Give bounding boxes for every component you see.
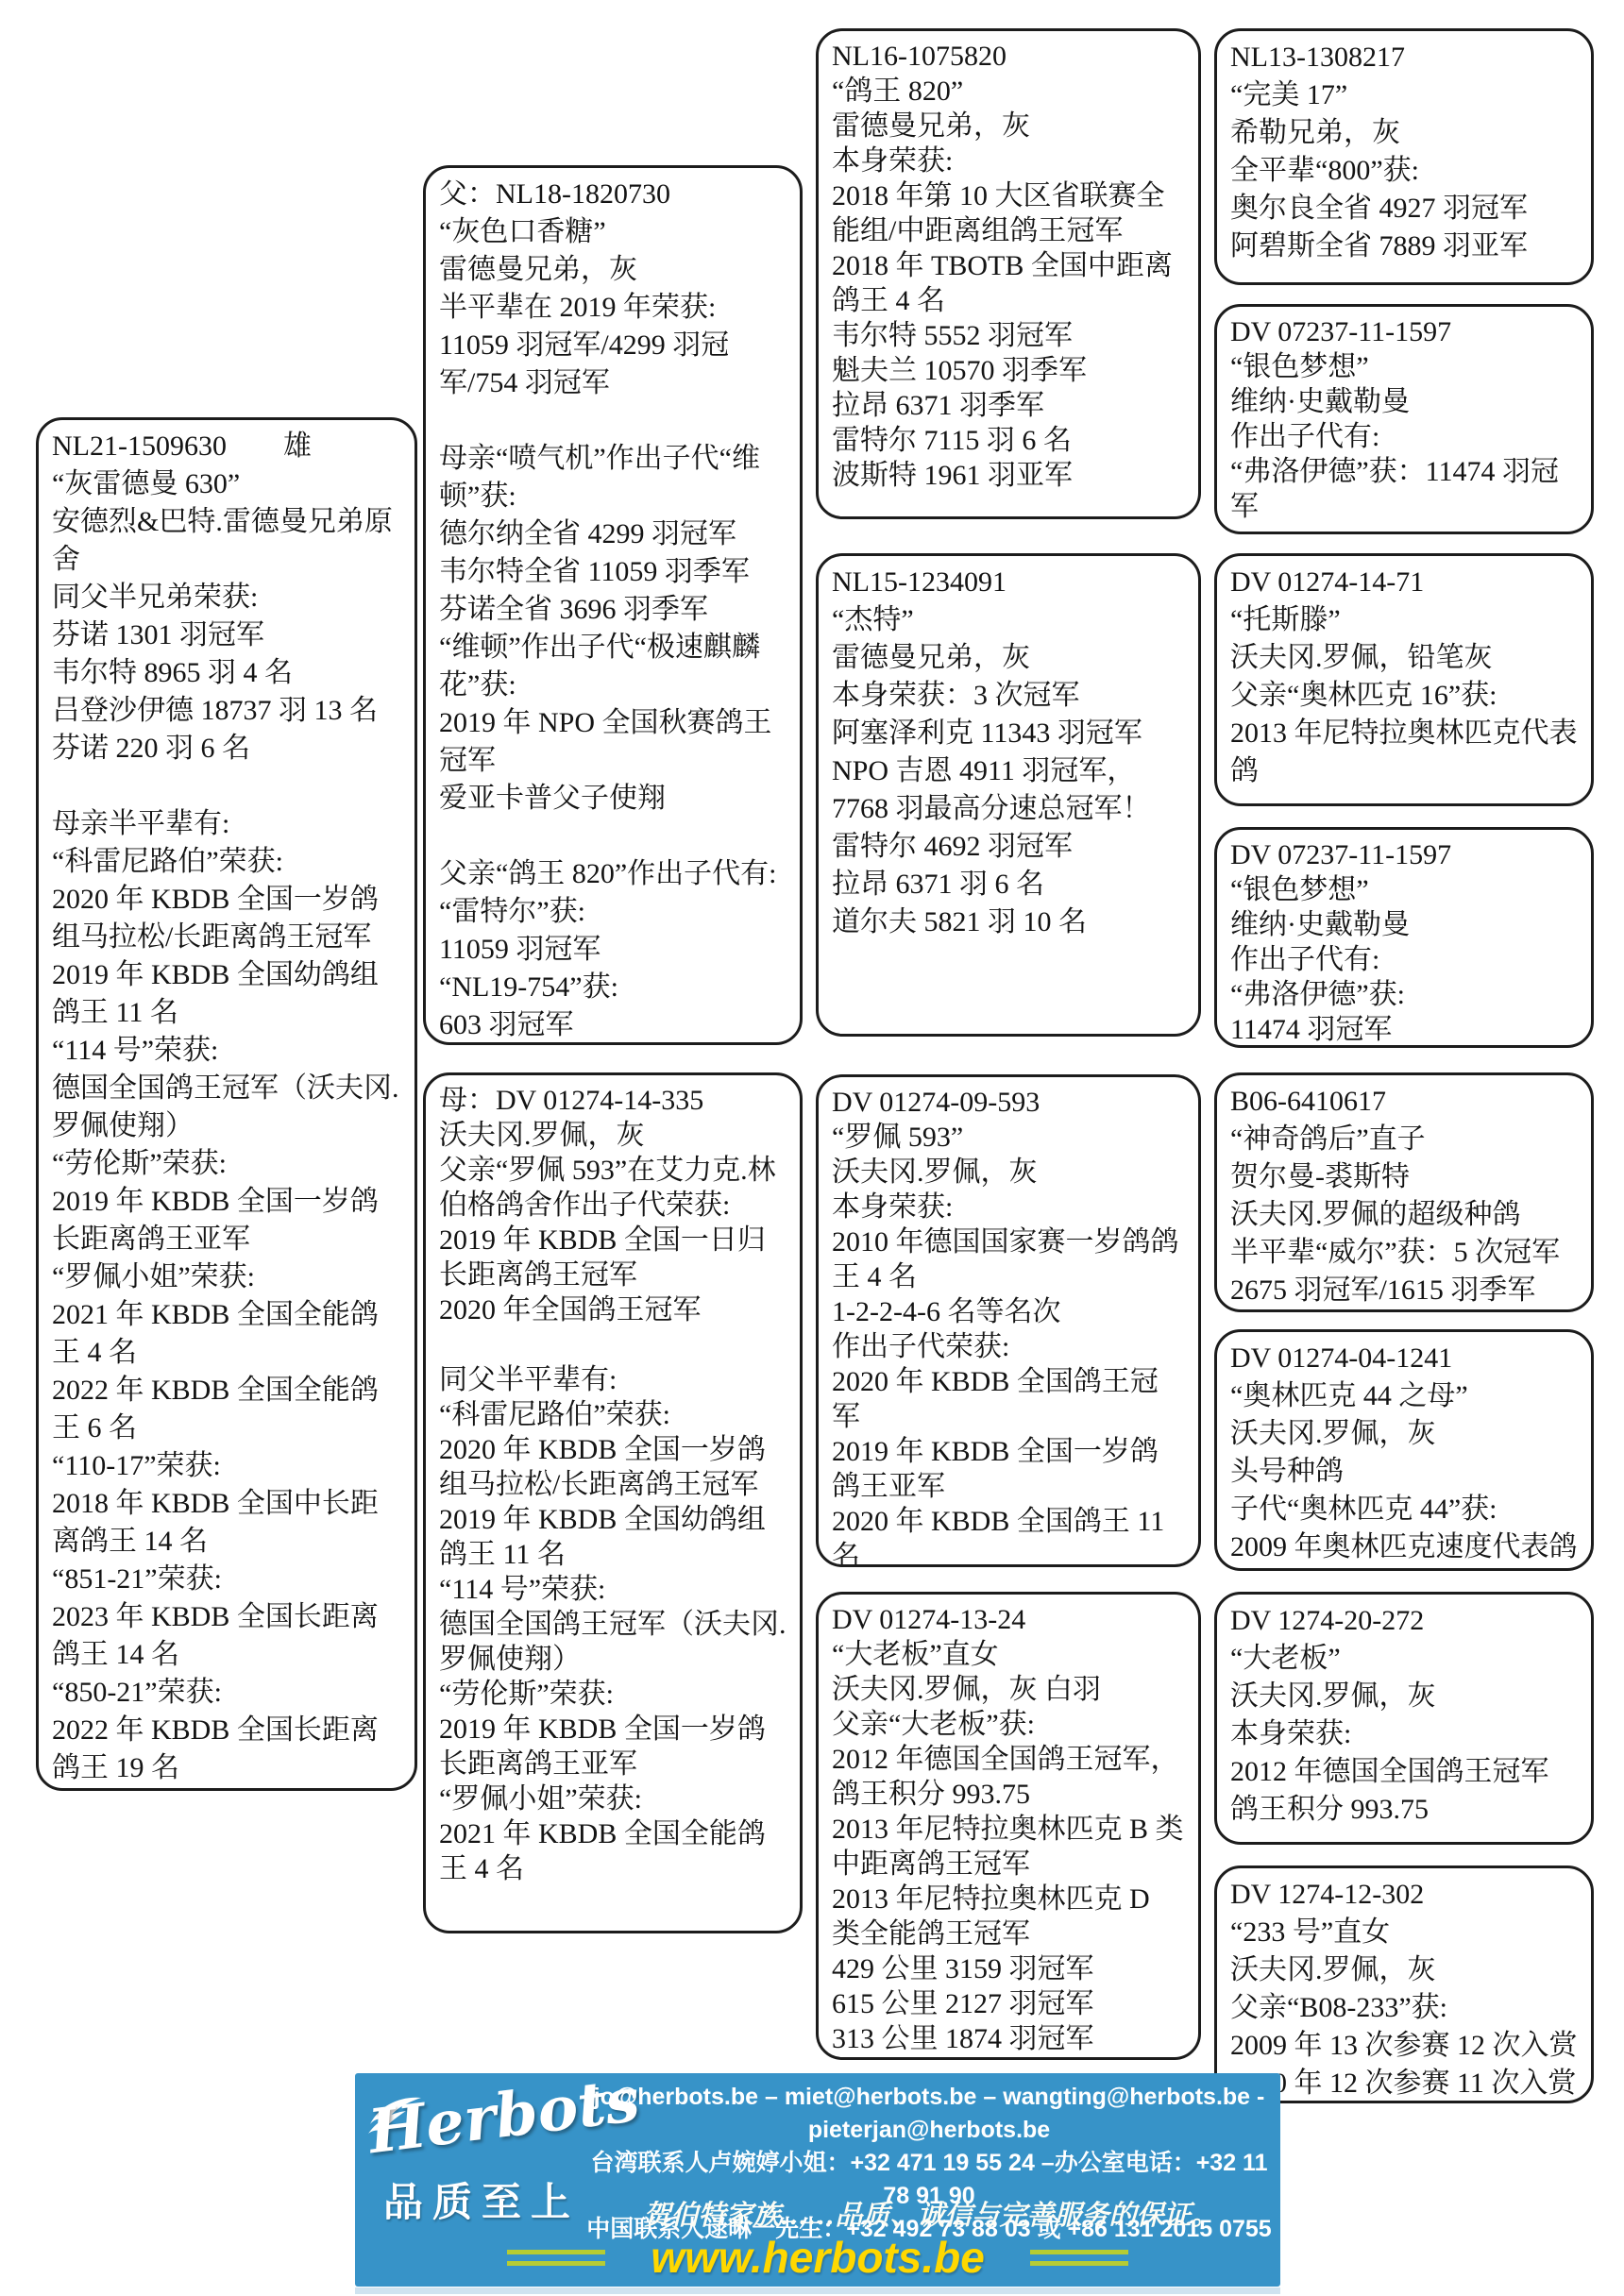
- text-line: 603 羽冠军: [439, 1006, 787, 1044]
- text-line: 父：NL18-1820730: [439, 176, 787, 213]
- text-line: 沃夫冈.罗佩的超级种鸽: [1230, 1196, 1578, 1234]
- text-line: 雷特尔 4692 羽冠军: [832, 828, 1185, 866]
- text-line: 615 公里 2127 羽冠军: [832, 1986, 1185, 2021]
- great-grandparent-box-5: B06-6410617“神奇鸽后”直子贺尔曼-裘斯特沃夫冈.罗佩的超级种鸽半平辈…: [1214, 1072, 1594, 1312]
- text-line: 2020 年全国鸽王冠军: [439, 1292, 787, 1327]
- text-line: “大老板”直女: [832, 1637, 1185, 1672]
- text-line: 2013 年尼特拉奥林匹克 B 类中距离鸽王冠军: [832, 1812, 1185, 1882]
- text-line: 1-2-2-4-6 名等名次: [832, 1294, 1185, 1329]
- herbots-logo: Herbots 品质至上: [368, 2086, 595, 2228]
- text-line: 同父半平辈有:: [439, 1362, 787, 1397]
- text-line: 雷特尔 7115 羽 6 名: [832, 423, 1185, 458]
- text-line: 奥尔良全省 4927 羽冠军: [1230, 190, 1578, 228]
- website-row: www.herbots.be: [355, 2232, 1280, 2283]
- text-line: “罗佩 593”: [832, 1120, 1185, 1155]
- text-line: DV 01274-13-24: [832, 1602, 1185, 1637]
- text-line: 11059 羽冠军/4299 羽冠军/754 羽冠军: [439, 327, 787, 402]
- text-line: 2020 年 KBDB 全国一岁鸽组马拉松/长距离鸽王冠军: [52, 881, 401, 956]
- text-line: 芬诺 220 羽 6 名: [52, 730, 401, 768]
- text-line: 2012 年德国全国鸽王冠军，鸽王积分 993.75: [832, 1742, 1185, 1812]
- text-line: 2675 羽冠军/1615 羽季军: [1230, 1272, 1578, 1309]
- text-line: 2018 年 KBDB 全国中长距离鸽王 14 名: [52, 1485, 401, 1561]
- text-line: 半平辈“威尔”获：5 次冠军: [1230, 1234, 1578, 1272]
- text-line: 沃夫冈.罗佩，灰: [832, 1155, 1185, 1190]
- text-line: 2018 年 TBOTB 全国中距离鸽王 4 名: [832, 248, 1185, 318]
- text-line: NL15-1234091: [832, 564, 1185, 601]
- text-line: “托斯滕”: [1230, 601, 1578, 639]
- text-line: 同父半兄弟荣获:: [52, 579, 401, 616]
- text-line: 2022 年 KBDB 全国长距离鸽王 19 名: [52, 1712, 401, 1787]
- maternal-grandfather-box: DV 01274-09-593“罗佩 593”沃夫冈.罗佩，灰本身荣获:2010…: [816, 1074, 1201, 1567]
- text-line: NPO 吉恩 4911 羽冠军，7768 羽最高分速总冠军！: [832, 752, 1185, 828]
- text-line: [439, 402, 787, 440]
- text-line: 父亲“罗佩 593”在艾力克.林伯格鸽舍作出子代荣获:: [439, 1153, 787, 1223]
- website-url: www.herbots.be: [651, 2232, 985, 2283]
- text-line: DV 1274-12-302: [1230, 1876, 1578, 1914]
- text-line: 2019 年 KBDB 全国幼鸽组鸽王 11 名: [52, 956, 401, 1032]
- text-line: 母亲“喷气机”作出子代“维顿”获:: [439, 440, 787, 515]
- text-line: 芬诺全省 3696 羽季军: [439, 591, 787, 629]
- great-grandparent-box-2: DV 07237-11-1597“银色梦想”维纳·史戴勒曼作出子代有:“弗洛伊德…: [1214, 304, 1594, 534]
- text-line: DV 01274-04-1241: [1230, 1340, 1578, 1377]
- text-line: 作出子代荣获:: [832, 1329, 1185, 1364]
- logo-tagline: 品质至上: [368, 2171, 595, 2228]
- great-grandparent-box-3: DV 01274-14-71“托斯滕”沃夫冈.罗佩，铅笔灰父亲“奥林匹克 16”…: [1214, 553, 1594, 806]
- text-line: 希勒兄弟，灰: [1230, 114, 1578, 152]
- text-line: 11059 羽冠军: [439, 931, 787, 969]
- text-line: 沃夫冈.罗佩，灰: [1230, 1415, 1578, 1453]
- great-grandparent-box-7: DV 1274-20-272“大老板”沃夫冈.罗佩，灰本身荣获:2012 年德国…: [1214, 1592, 1594, 1845]
- text-line: 母亲半平辈有:: [52, 805, 401, 843]
- great-grandparent-box-6: DV 01274-04-1241“奥林匹克 44 之母”沃夫冈.罗佩，灰头号种鸽…: [1214, 1329, 1594, 1571]
- text-line: 2009 年奥林匹克速度代表鸽: [1230, 1528, 1578, 1566]
- text-line: 波斯特 1961 羽亚军: [832, 458, 1185, 493]
- text-line: 2019 年 KBDB 全国一岁鸽鸽王亚军: [832, 1434, 1185, 1504]
- text-line: 2019 年 KBDB 全国幼鸽组鸽王 11 名: [439, 1502, 787, 1572]
- text-line: “劳伦斯”荣获:: [439, 1677, 787, 1712]
- text-line: “850-21”荣获:: [52, 1674, 401, 1712]
- text-line: 2009 年 13 次参赛 12 次入赏: [1230, 2027, 1578, 2065]
- text-line: 2019 年 KBDB 全国一岁鸽长距离鸽王亚军: [439, 1712, 787, 1781]
- text-line: “233 号”直女: [1230, 1914, 1578, 1951]
- text-line: “灰雷德曼 630”: [52, 465, 401, 503]
- text-line: 芬诺 1301 羽冠军: [52, 616, 401, 654]
- text-line: 2022 年 KBDB 全国全能鸽王 6 名: [52, 1372, 401, 1447]
- text-line: NL13-1308217: [1230, 39, 1578, 76]
- text-line: 2013 年尼特拉奥林匹克代表鸽: [1230, 715, 1578, 790]
- text-line: 2018 年第 10 大区省联赛全能组/中距离组鸽王冠军: [832, 178, 1185, 248]
- text-line: 韦尔特全省 11059 羽季军: [439, 553, 787, 591]
- text-line: “完美 17”: [1230, 76, 1578, 114]
- text-line: 爱亚卡普父子使翔: [439, 780, 787, 818]
- text-line: 全平辈“800”获:: [1230, 152, 1578, 190]
- text-line: 头号种鸽: [1230, 1453, 1578, 1491]
- text-line: B06-6410617: [1230, 1083, 1578, 1121]
- great-grandparent-box-1: NL13-1308217“完美 17”希勒兄弟，灰全平辈“800”获:奥尔良全省…: [1214, 28, 1594, 285]
- double-line-right: [1030, 2250, 1128, 2266]
- text-line: 雷德曼兄弟，灰: [832, 639, 1185, 677]
- text-line: 沃夫冈.罗佩，灰: [1230, 1951, 1578, 1989]
- text-line: DV 01274-09-593: [832, 1085, 1185, 1120]
- text-line: 德国全国鸽王冠军（沃夫冈.罗佩使翔）: [439, 1607, 787, 1677]
- text-line: 2019 年 NPO 全国秋赛鸽王冠军: [439, 704, 787, 780]
- text-line: “维顿”作出子代“极速麒麟花”获:: [439, 629, 787, 704]
- mother-box: 母：DV 01274-14-335沃夫冈.罗佩，灰父亲“罗佩 593”在艾力克.…: [423, 1072, 803, 1933]
- text-line: [52, 768, 401, 805]
- contact-emails: jo@herbots.be – miet@herbots.be – wangti…: [582, 2081, 1277, 2147]
- text-line: 阿碧斯全省 7889 羽亚军: [1230, 228, 1578, 265]
- subject-pigeon-box: NL21-1509630 雄“灰雷德曼 630”安德烈&巴特.雷德曼兄弟原舍同父…: [36, 417, 417, 1791]
- great-grandparent-box-8: DV 1274-12-302“233 号”直女沃夫冈.罗佩，灰父亲“B08-23…: [1214, 1865, 1594, 2103]
- text-line: “神奇鸽后”直子: [1230, 1121, 1578, 1158]
- text-line: “NL19-754”获:: [439, 969, 787, 1006]
- text-line: 拉昂 6371 羽季军: [832, 388, 1185, 423]
- text-line: 本身荣获:: [832, 143, 1185, 178]
- text-line: 父亲“大老板”获:: [832, 1707, 1185, 1742]
- text-line: 维纳·史戴勒曼: [1230, 907, 1578, 942]
- text-line: “罗佩小姐”荣获:: [439, 1781, 787, 1816]
- father-box: 父：NL18-1820730“灰色口香糖”雷德曼兄弟，灰半平辈在 2019 年荣…: [423, 165, 803, 1045]
- text-line: 沃夫冈.罗佩，灰: [1230, 1678, 1578, 1715]
- text-line: “110-17”荣获:: [52, 1447, 401, 1485]
- text-line: 母：DV 01274-14-335: [439, 1083, 787, 1118]
- text-line: 道尔夫 5821 羽 10 名: [832, 903, 1185, 941]
- text-line: “奥林匹克 44 之母”: [1230, 1377, 1578, 1415]
- text-line: 本身荣获:: [832, 1190, 1185, 1224]
- text-line: 2013 年尼特拉奥林匹克 D 类全能鸽王冠军: [832, 1882, 1185, 1951]
- text-line: 2012 年德国全国鸽王冠军: [1230, 1753, 1578, 1791]
- text-line: 本身荣获:: [1230, 1715, 1578, 1753]
- text-line: 维纳·史戴勒曼: [1230, 384, 1578, 419]
- text-line: “罗佩小姐”荣获:: [52, 1258, 401, 1296]
- text-line: “851-21”荣获:: [52, 1561, 401, 1598]
- text-line: “雷特尔”获:: [439, 893, 787, 931]
- text-line: “科雷尼路伯”荣获:: [52, 843, 401, 881]
- text-line: 德尔纳全省 4299 羽冠军: [439, 515, 787, 553]
- herbots-banner: Herbots 品质至上 jo@herbots.be – miet@herbot…: [355, 2073, 1280, 2287]
- text-line: 父亲“奥林匹克 16”获:: [1230, 677, 1578, 715]
- text-line: 2021 年 KBDB 全国全能鸽王 4 名: [439, 1816, 787, 1886]
- banner-bottom-strip: [355, 2288, 1280, 2294]
- text-line: “银色梦想”: [1230, 349, 1578, 384]
- text-line: “大老板”: [1230, 1640, 1578, 1678]
- great-grandparent-box-4: DV 07237-11-1597“银色梦想”维纳·史戴勒曼作出子代有:“弗洛伊德…: [1214, 827, 1594, 1048]
- text-line: DV 01274-14-71: [1230, 564, 1578, 601]
- text-line: “劳伦斯”荣获:: [52, 1145, 401, 1183]
- text-line: 2019 年 KBDB 全国一日归长距离鸽王冠军: [439, 1223, 787, 1292]
- text-line: DV 1274-20-272: [1230, 1602, 1578, 1640]
- banner-slogan: 贺伯特家族……品质、诚信与完善服务的保证。: [591, 2194, 1271, 2233]
- text-line: 父亲“鸽王 820”作出子代有:: [439, 855, 787, 893]
- text-line: 2021 年 KBDB 全国全能鸽王 4 名: [52, 1296, 401, 1372]
- text-line: NL21-1509630 雄: [52, 428, 401, 465]
- text-line: 313 公里 1874 羽冠军: [832, 2021, 1185, 2056]
- text-line: 本身荣获：3 次冠军: [832, 677, 1185, 715]
- text-line: 2010 年 12 次参赛 11 次入赏: [1230, 2065, 1578, 2102]
- text-line: DV 07237-11-1597: [1230, 837, 1578, 872]
- text-line: 2020 年 KBDB 全国鸽王冠军: [832, 1364, 1185, 1434]
- text-line: 作出子代有:: [1230, 419, 1578, 454]
- text-line: “银色梦想”: [1230, 872, 1578, 907]
- text-line: 2023 年 KBDB 全国长距离鸽王 14 名: [52, 1598, 401, 1674]
- text-line: DV 07237-11-1597: [1230, 314, 1578, 349]
- text-line: 雷德曼兄弟，灰: [439, 251, 787, 289]
- text-line: 父亲“B08-233”获:: [1230, 1989, 1578, 2027]
- text-line: 429 公里 3159 羽冠军: [832, 1951, 1185, 1986]
- double-line-left: [507, 2250, 605, 2266]
- text-line: 安德烈&巴特.雷德曼兄弟原舍: [52, 503, 401, 579]
- text-line: “114 号”荣获:: [439, 1572, 787, 1607]
- text-line: 半平辈在 2019 年荣获:: [439, 289, 787, 327]
- text-line: 沃夫冈.罗佩，灰 白羽: [832, 1672, 1185, 1707]
- text-line: “科雷尼路伯”荣获:: [439, 1397, 787, 1432]
- grandmother-box: NL15-1234091“杰特”雷德曼兄弟，灰本身荣获：3 次冠军阿塞泽利克 1…: [816, 553, 1201, 1037]
- text-line: “弗洛伊德”获:: [1230, 977, 1578, 1012]
- text-line: “灰色口香糖”: [439, 213, 787, 251]
- text-line: 2010 年德国国家赛一岁鸽鸽王 4 名: [832, 1224, 1185, 1294]
- text-line: 11474 羽冠军: [1230, 1012, 1578, 1047]
- text-line: 2020 年 KBDB 全国一岁鸽组马拉松/长距离鸽王冠军: [439, 1432, 787, 1502]
- text-line: “鸽王 820”: [832, 74, 1185, 109]
- text-line: 子代“奥林匹克 44”获:: [1230, 1491, 1578, 1528]
- text-line: “114 号”荣获:: [52, 1032, 401, 1070]
- text-line: [439, 1327, 787, 1362]
- text-line: [439, 818, 787, 855]
- pedigree-page: NL21-1509630 雄“灰雷德曼 630”安德烈&巴特.雷德曼兄弟原舍同父…: [0, 0, 1624, 2296]
- text-line: 韦尔特 5552 羽冠军: [832, 318, 1185, 353]
- text-line: 2020 年 KBDB 全国鸽王 11 名: [832, 1504, 1185, 1567]
- text-line: “弗洛伊德”获：11474 羽冠军: [1230, 454, 1578, 524]
- text-line: 2019 年 KBDB 全国一岁鸽长距离鸽王亚军: [52, 1183, 401, 1258]
- text-line: 鸽王积分 993.75: [1230, 1791, 1578, 1829]
- text-line: 作出子代有:: [1230, 942, 1578, 977]
- text-line: 阿塞泽利克 11343 羽冠军: [832, 715, 1185, 752]
- maternal-grandmother-box: DV 01274-13-24“大老板”直女沃夫冈.罗佩，灰 白羽父亲“大老板”获…: [816, 1592, 1201, 2060]
- text-line: 德国全国鸽王冠军（沃夫冈.罗佩使翔）: [52, 1070, 401, 1145]
- grandfather-box: NL16-1075820“鸽王 820”雷德曼兄弟，灰本身荣获:2018 年第 …: [816, 28, 1201, 519]
- text-line: 魁夫兰 10570 羽季军: [832, 353, 1185, 388]
- text-line: 拉昂 6371 羽 6 名: [832, 866, 1185, 903]
- text-line: “杰特”: [832, 601, 1185, 639]
- text-line: 沃夫冈.罗佩，铅笔灰: [1230, 639, 1578, 677]
- text-line: NL16-1075820: [832, 39, 1185, 74]
- text-line: 雷德曼兄弟，灰: [832, 109, 1185, 143]
- text-line: 韦尔特 8965 羽 4 名: [52, 654, 401, 692]
- text-line: 吕登沙伊德 18737 羽 13 名: [52, 692, 401, 730]
- text-line: 沃夫冈.罗佩，灰: [439, 1118, 787, 1153]
- text-line: 贺尔曼-裘斯特: [1230, 1158, 1578, 1196]
